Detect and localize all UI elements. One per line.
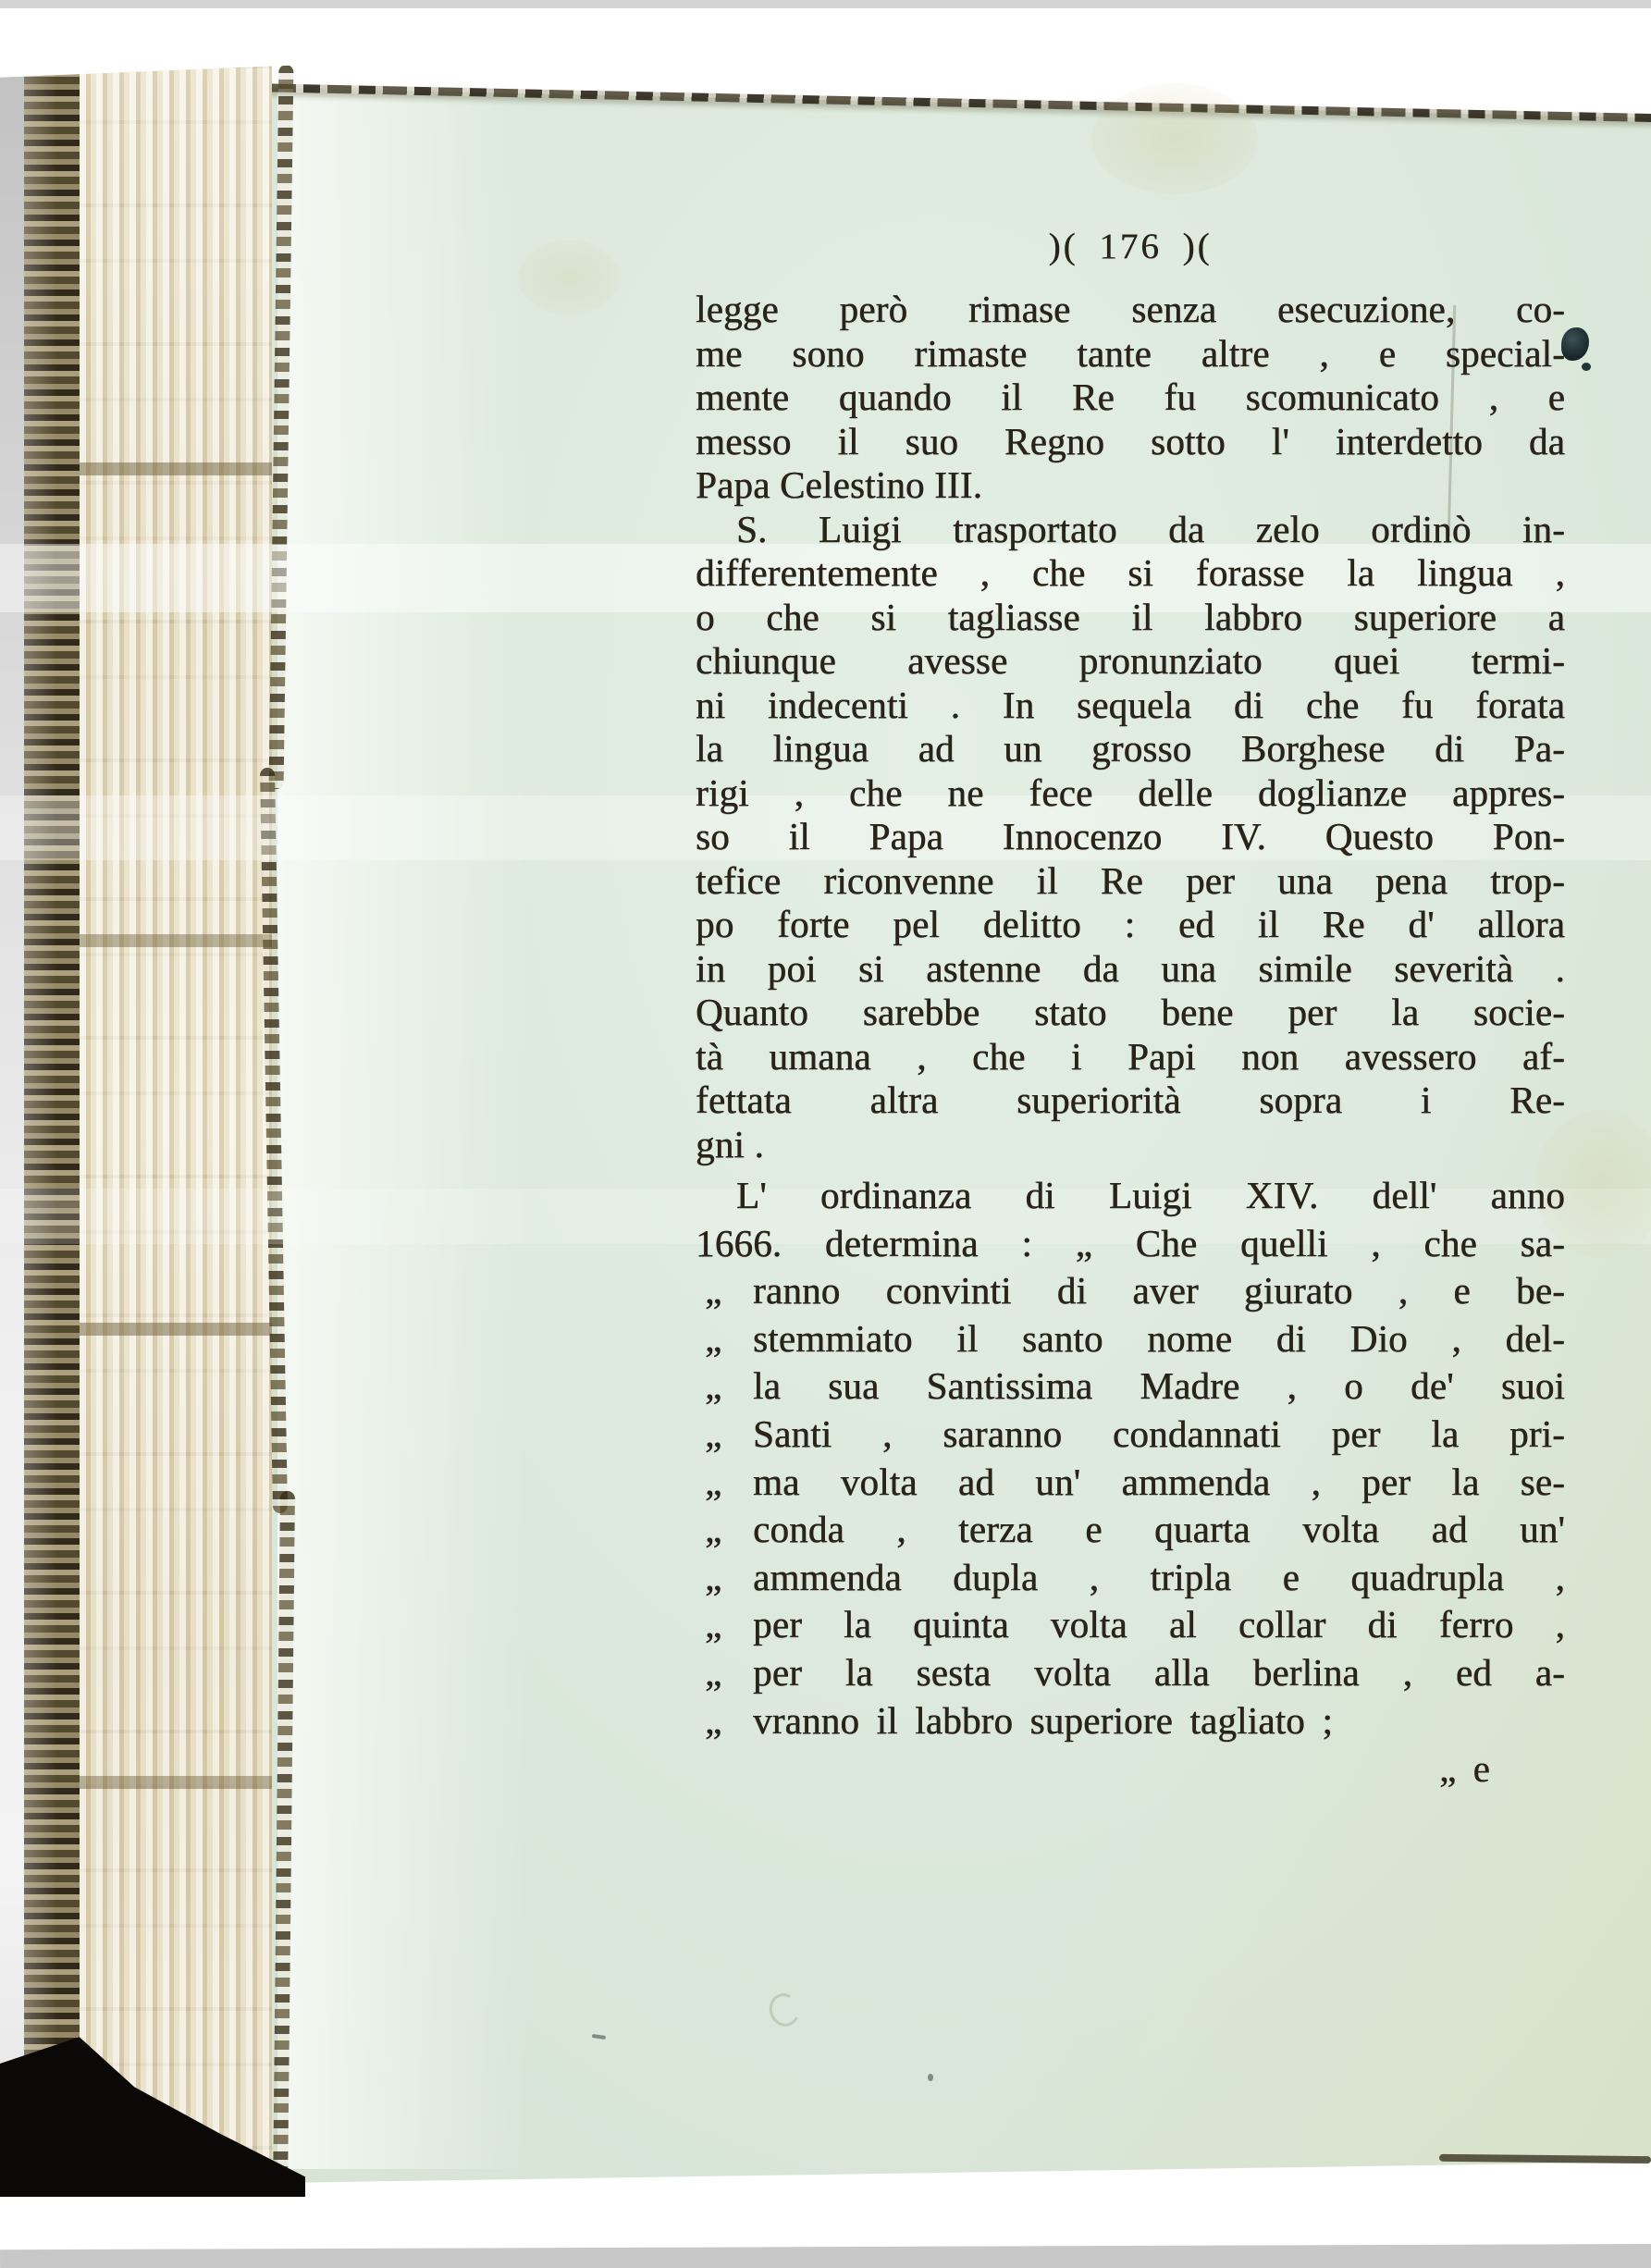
- text-line: „Santi , saranno condannati per la pri-: [696, 1411, 1565, 1460]
- text-line: tà umana , che i Papi non avessero af-: [696, 1036, 1565, 1080]
- quote-mark: „: [696, 1363, 753, 1408]
- quote-mark: „: [696, 1507, 753, 1551]
- text-line: „ma volta ad un' ammenda , per la se-: [696, 1460, 1565, 1508]
- quote-mark: „: [696, 1268, 753, 1313]
- page-number-header: )( 176 )(: [696, 226, 1565, 267]
- text-line: Papa Celestino III.: [696, 464, 1565, 509]
- text-line: „ranno convinti di aver giurato , e be-: [696, 1268, 1565, 1316]
- quote-mark: „: [696, 1698, 753, 1743]
- text-line: gni .: [696, 1124, 1565, 1168]
- text-line: ni indecenti . In sequela di che fu fora…: [696, 684, 1565, 729]
- text-line: legge però rimase senza esecuzione, co-: [696, 289, 1565, 333]
- text-line: la lingua ad un grosso Borghese di Pa-: [696, 728, 1565, 772]
- text-line: me sono rimaste tante altre , e special-: [696, 333, 1565, 377]
- quote-mark: „: [696, 1411, 753, 1456]
- text-line: mente quando il Re fu scomunicato , e: [696, 376, 1565, 421]
- quote-mark: „: [696, 1316, 753, 1361]
- text-line: tefice riconvenne il Re per una pena tro…: [696, 860, 1565, 905]
- text-line: „la sua Santissima Madre , o de' suoi: [696, 1363, 1565, 1411]
- text-line: differentemente , che si forasse la ling…: [696, 552, 1565, 597]
- text-line: „per la sesta volta alla berlina , ed a-: [696, 1650, 1565, 1698]
- text-line: L' ordinanza di Luigi XIV. dell' anno: [696, 1173, 1565, 1221]
- text-line: po forte pel delitto : ed il Re d' allor…: [696, 904, 1565, 948]
- catchword: „ e: [1439, 1746, 1490, 1791]
- printed-text-layer: )( 176 )( legge però rimase senza esecuz…: [0, 0, 1651, 2268]
- text-block-2: L' ordinanza di Luigi XIV. dell' anno166…: [696, 1173, 1565, 1745]
- text-line: fettata altra superiorità sopra i Re-: [696, 1079, 1565, 1124]
- text-line: „ammenda dupla , tripla e quadrupla ,: [696, 1555, 1565, 1603]
- text-line: 1666. determina : „ Che quelli , che sa-: [696, 1221, 1565, 1269]
- text-line: in poi si astenne da una simile severità…: [696, 948, 1565, 992]
- text-line: o che si tagliasse il labbro superiore a: [696, 597, 1565, 641]
- text-line: messo il suo Regno sotto l' interdetto d…: [696, 421, 1565, 465]
- scanned-book-page: { "colors": { "paper_green": "#dbe8db", …: [0, 0, 1651, 2268]
- text-block-1: legge però rimase senza esecuzione, co-m…: [696, 289, 1565, 1167]
- quote-mark: „: [696, 1555, 753, 1599]
- text-line: „stemmiato il santo nome di Dio , del-: [696, 1316, 1565, 1364]
- text-line: „conda , terza e quarta volta ad un': [696, 1507, 1565, 1555]
- text-line: „vranno il labbro superiore tagliato ;: [696, 1698, 1565, 1746]
- text-line: so il Papa Innocenzo IV. Questo Pon-: [696, 816, 1565, 860]
- quote-mark: „: [696, 1602, 753, 1646]
- text-line: rigi , che ne fece delle doglianze appre…: [696, 772, 1565, 817]
- text-line: „per la quinta volta al collar di ferro …: [696, 1602, 1565, 1650]
- quote-mark: „: [696, 1460, 753, 1504]
- quote-mark: „: [696, 1650, 753, 1695]
- text-line: S. Luigi trasportato da zelo ordinò in-: [696, 509, 1565, 553]
- text-line: Quanto sarebbe stato bene per la socie-: [696, 992, 1565, 1036]
- text-line: chiunque avesse pronunziato quei termi-: [696, 640, 1565, 684]
